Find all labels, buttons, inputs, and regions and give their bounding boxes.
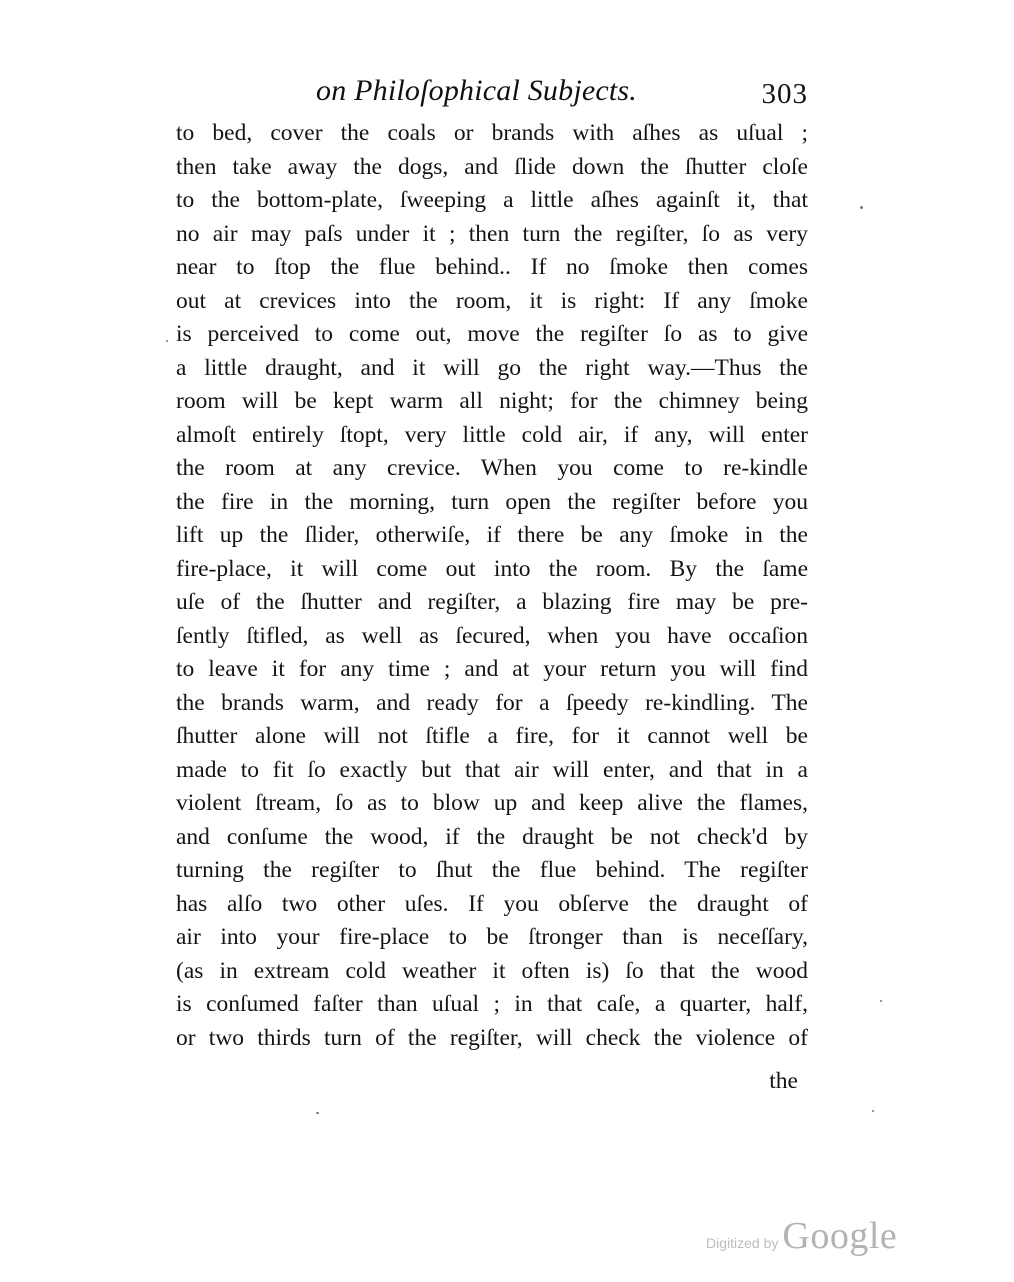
text-line: out at crevices into the room, it is rig… xyxy=(176,285,808,319)
book-page: on Philoſophical Subjects. 303 to bed, c… xyxy=(0,0,1014,1282)
text-line: ſently ſtifled, as well as ſecured, when… xyxy=(176,620,808,654)
digitized-watermark: Digitized by Google xyxy=(706,1214,897,1258)
text-line: air into your fire-place to be ſtronger … xyxy=(176,921,808,955)
text-line: has alſo two other uſes. If you obſerve … xyxy=(176,888,808,922)
scan-speck xyxy=(166,340,168,342)
text-line: ſhutter alone will not ſtifle a fire, fo… xyxy=(176,720,808,754)
text-line: violent ſtream, ſo as to blow up and kee… xyxy=(176,787,808,821)
text-line: lift up the ſlider, otherwiſe, if there … xyxy=(176,519,808,553)
text-line: to the bottom-plate, ſweeping a little a… xyxy=(176,184,808,218)
google-logo: Google xyxy=(782,1214,897,1258)
text-line: no air may paſs under it ; then turn the… xyxy=(176,218,808,252)
catchword: the xyxy=(176,1066,798,1096)
scan-speck xyxy=(316,1112,319,1114)
scan-speck xyxy=(872,1110,874,1112)
text-line: to bed, cover the coals or brands with a… xyxy=(176,117,808,151)
text-line: fire-place, it will come out into the ro… xyxy=(176,553,808,587)
body-text: to bed, cover the coals or brands with a… xyxy=(176,117,808,1055)
text-line: to leave it for any time ; and at your r… xyxy=(176,653,808,687)
text-line: (as in extream cold weather it often is)… xyxy=(176,955,808,989)
text-line: turning the regiſter to ſhut the flue be… xyxy=(176,854,808,888)
text-line: almoſt entirely ſtopt, very little cold … xyxy=(176,419,808,453)
text-line: the brands warm, and ready for a ſpeedy … xyxy=(176,687,808,721)
text-line: the room at any crevice. When you come t… xyxy=(176,452,808,486)
text-line: made to fit ſo exactly but that air will… xyxy=(176,754,808,788)
text-line: is perceived to come out, move the regiſ… xyxy=(176,318,808,352)
text-line: or two thirds turn of the regiſter, will… xyxy=(176,1022,808,1056)
text-line: is conſumed faſter than uſual ; in that … xyxy=(176,988,808,1022)
text-line: near to ſtop the flue behind.. If no ſmo… xyxy=(176,251,808,285)
text-line: and conſume the wood, if the draught be … xyxy=(176,821,808,855)
running-title: on Philoſophical Subjects. xyxy=(316,74,637,108)
text-line: then take away the dogs, and ſlide down … xyxy=(176,151,808,185)
scan-speck xyxy=(860,206,863,209)
page-number: 303 xyxy=(762,78,809,111)
text-line: a little draught, and it will go the rig… xyxy=(176,352,808,386)
scan-speck xyxy=(880,1000,882,1002)
text-line: room will be kept warm all night; for th… xyxy=(176,385,808,419)
running-head: on Philoſophical Subjects. 303 xyxy=(176,74,808,114)
text-line: the fire in the morning, turn open the r… xyxy=(176,486,808,520)
text-line: uſe of the ſhutter and regiſter, a blazi… xyxy=(176,586,808,620)
watermark-prefix: Digitized by xyxy=(706,1235,778,1251)
